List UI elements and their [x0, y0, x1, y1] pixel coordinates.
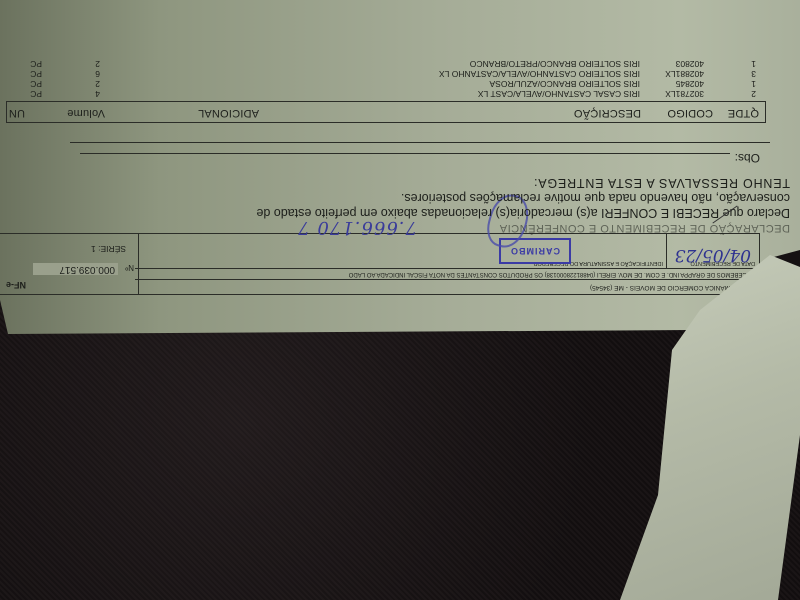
header-adicional: ADICIONAL: [198, 107, 259, 119]
cell-un: PC: [30, 89, 42, 99]
cell-volume: 2: [95, 79, 100, 89]
receipt-paper: ...ALDO MANICA COMERCIO DE MOVEIS - ME (…: [0, 0, 800, 335]
document-content-upside-down: ...ALDO MANICA COMERCIO DE MOVEIS - ME (…: [0, 0, 800, 335]
stub-identification-field: IDENTIFICAÇÃO E ASSINATURA DO RECEBEDOR …: [139, 234, 667, 268]
table-row: 3 402881LX IRIS SOLTEIRO CASTANHO/AVELA/…: [8, 69, 760, 79]
nfe-series: SÉRIE: 1: [91, 244, 126, 254]
table-row: 1 402845 IRIS SOLTEIRO BRANCO/AZUL/ROSA …: [8, 79, 760, 89]
header-qtde: QTDE: [728, 107, 759, 119]
cell-un: PC: [30, 69, 42, 79]
cell-qtde: 1: [751, 59, 756, 69]
header-codigo: CODIGO: [667, 107, 713, 119]
declaration-line-1: Declaro que RECEBI E CONFERI a(s) mercad…: [10, 205, 790, 220]
cell-codigo: 402845: [676, 79, 704, 89]
declaration: DECLARAÇÃO DE RECEBIMENTO E CONFERÊNCIA …: [10, 175, 790, 235]
nfe-number: 000.039.517: [33, 263, 118, 275]
header-descricao: DESCRIÇÃO: [574, 107, 641, 119]
cell-codigo: 402881LX: [665, 69, 704, 79]
declaration-reservations: TENHO RESSALVAS A ESTA ENTREGA:: [10, 175, 790, 190]
obs-line: [80, 153, 730, 154]
table-row: 1 402803 IRIS SOLTEIRO BRANCO/PRETO/BRAN…: [8, 59, 760, 69]
declaration-title: DECLARAÇÃO DE RECEBIMENTO E CONFERÊNCIA: [10, 220, 790, 235]
handwritten-date: 04/05/23: [675, 245, 751, 265]
cell-codigo: 402803: [676, 59, 704, 69]
cell-descricao: IRIS SOLTEIRO BRANCO/PRETO/BRANCO: [470, 59, 640, 69]
cell-descricao: IRIS SOLTEIRO BRANCO/AZUL/ROSA: [489, 79, 640, 89]
header-un: UN: [9, 107, 25, 119]
stub-received-from: RECEBEMOS DE GRAPPA IND. E COM. DE MOV. …: [135, 268, 759, 279]
nfe-number-box: NF-e Nº 000.039.517 SÉRIE: 1: [0, 234, 139, 294]
nfe-label: NF-e: [6, 280, 26, 290]
stub-date-field: DATA DE RECEBIMENTO 04/05/23: [666, 234, 759, 268]
cell-descricao: IRIS CASAL CASTANHO/AVELA/CAST LX: [478, 89, 640, 99]
cell-un: PC: [30, 79, 42, 89]
cell-descricao: IRIS SOLTEIRO CASTANHO/AVELA/CASTANHO LX: [439, 69, 640, 79]
cell-volume: 6: [95, 69, 100, 79]
cell-qtde: 2: [751, 89, 756, 99]
cell-codigo: 302781LX: [665, 89, 704, 99]
items-table-header: QTDE CODIGO DESCRIÇÃO ADICIONAL Volume U…: [6, 101, 766, 123]
obs-line: [70, 142, 770, 143]
cell-un: PC: [30, 59, 42, 69]
cell-volume: 2: [95, 59, 100, 69]
declaration-line-2: conservação, não havendo nada que motive…: [10, 190, 790, 205]
table-row: 2 302781LX IRIS CASAL CASTANHO/AVELA/CAS…: [8, 89, 760, 99]
obs-label: Obs:: [735, 151, 760, 165]
cell-qtde: 3: [751, 69, 756, 79]
number-label: Nº: [125, 263, 134, 272]
stub-issuer: ...ALDO MANICA COMERCIO DE MOVEIS - ME (…: [135, 279, 759, 294]
header-volume: Volume: [67, 107, 105, 119]
receipt-stub: ...ALDO MANICA COMERCIO DE MOVEIS - ME (…: [0, 233, 760, 295]
cell-volume: 4: [95, 89, 100, 99]
items-table-body: 2 302781LX IRIS CASAL CASTANHO/AVELA/CAS…: [8, 59, 760, 99]
cell-qtde: 1: [751, 79, 756, 89]
